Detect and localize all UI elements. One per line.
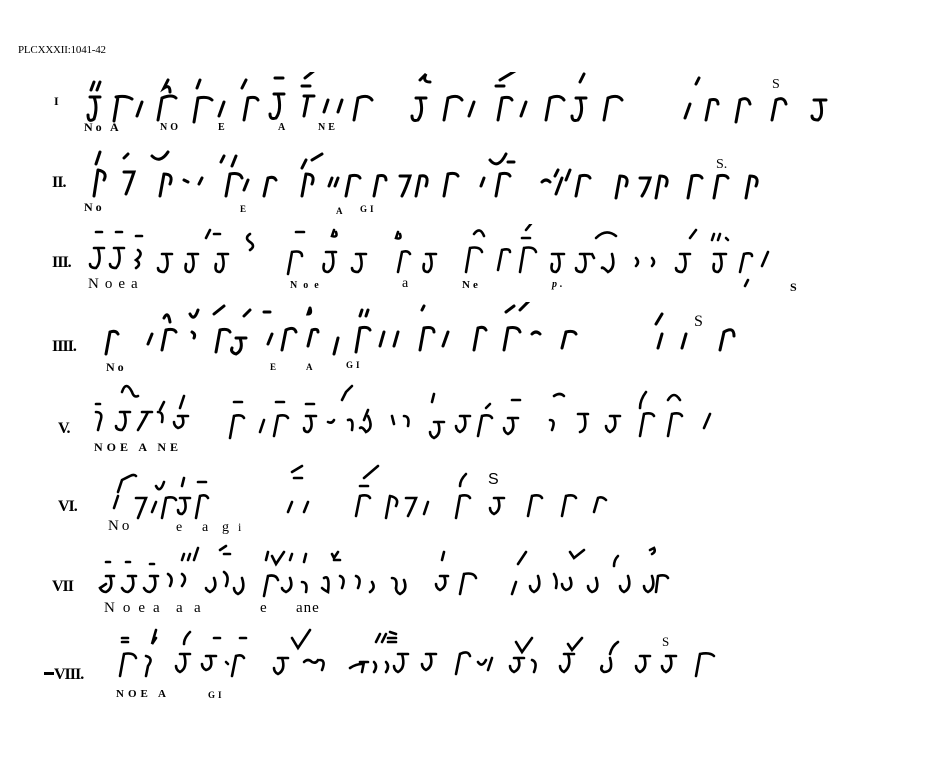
syllable: GI [208, 690, 225, 700]
syllable: a [202, 520, 211, 536]
syllable: g [222, 520, 232, 536]
syllable: Noe [290, 280, 325, 291]
syllable: NOE A [116, 688, 170, 700]
syllable: Noea [88, 276, 144, 293]
mode-row-6: VI. S No e a g i [0, 462, 946, 542]
row-numeral: VI. [58, 498, 77, 516]
mode-row-5: V. NOE A NE [0, 380, 946, 460]
syllable: A [278, 122, 288, 133]
dash-mark [44, 672, 54, 675]
syllable: NE [318, 122, 338, 133]
syllable: i [238, 520, 244, 535]
syllable: Ne [462, 279, 481, 291]
mode-row-3: III. Noea Noe a Ne p. S [0, 224, 946, 304]
row-numeral: III. [52, 254, 71, 272]
plate-reference: PLCXXXII:1041-42 [18, 44, 106, 56]
neume-sequence [80, 224, 900, 304]
svg-text:S: S [694, 313, 703, 330]
syllable: A [336, 206, 346, 216]
syllable: GI [360, 204, 377, 214]
row-numeral: I [54, 94, 58, 109]
row-numeral: VIII. [54, 666, 83, 684]
svg-text:S: S [662, 634, 669, 649]
syllable: p. [552, 279, 566, 290]
svg-text:S: S [488, 471, 499, 488]
neume-sequence: S. [80, 148, 900, 228]
syllable: a [402, 276, 411, 292]
row-numeral: II. [52, 174, 65, 192]
mode-row-4: IIII. S No E A GI [0, 302, 946, 382]
syllable: NOE A NE [94, 440, 182, 455]
svg-text:S.: S. [716, 157, 727, 172]
svg-text:S: S [772, 77, 780, 92]
syllable: E [240, 204, 249, 214]
syllable: Noea [104, 600, 168, 617]
mode-row-7: VII Noea a a e ane [0, 542, 946, 622]
row-numeral: V. [58, 420, 70, 438]
syllable: e [260, 600, 270, 617]
mode-row-1: I S No A NO E A NE [0, 72, 946, 152]
syllable: No A [84, 120, 122, 135]
syllable: No [106, 360, 127, 375]
syllable: E [218, 122, 228, 133]
syllable: A [306, 362, 316, 372]
neume-sequence: S [80, 622, 900, 702]
neume-sequence: S [80, 302, 900, 382]
syllable: a [176, 600, 186, 617]
neume-sequence: S [80, 72, 880, 152]
syllable: GI [346, 360, 363, 370]
syllable: E [270, 362, 279, 372]
end-mark: S [790, 280, 800, 295]
mode-row-8: VIII. S NOE A GI [0, 622, 946, 702]
neume-sequence [80, 380, 900, 460]
syllable: e [176, 520, 185, 536]
syllable: a [194, 600, 204, 617]
syllable: No [84, 200, 105, 215]
syllable: NO [160, 122, 181, 133]
row-numeral: VII [52, 578, 73, 596]
mode-row-2: II. S. No E A GI [0, 148, 946, 228]
row-numeral: IIII. [52, 338, 76, 356]
syllable: ane [296, 600, 320, 617]
syllable: No [108, 518, 132, 535]
